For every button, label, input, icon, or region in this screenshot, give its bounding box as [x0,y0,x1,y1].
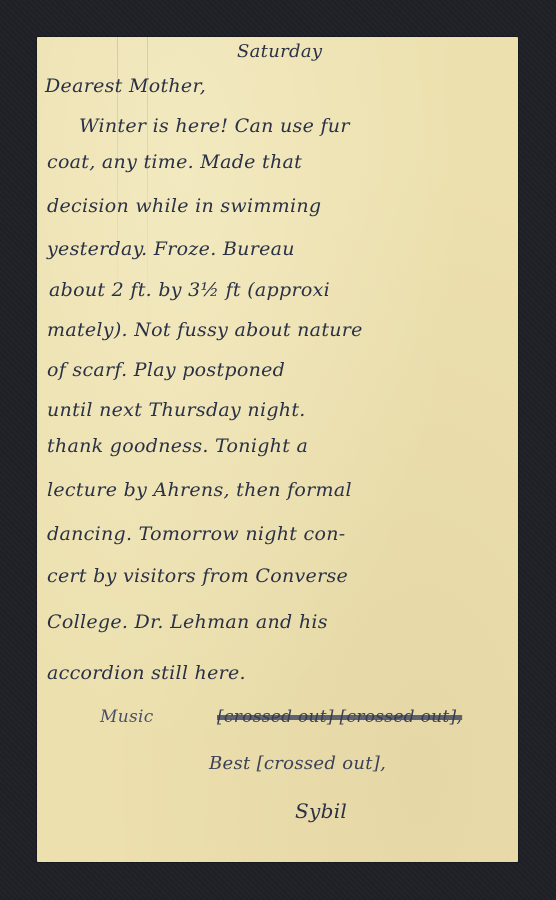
signature: Sybil [295,801,347,821]
closing: Best [crossed out], [209,755,386,773]
postcard: Saturday Dearest Mother, Winter is here!… [37,37,518,862]
body-line: of scarf. Play postponed [47,361,285,380]
body-line: cert by visitors from Converse [47,567,348,586]
body-line: accordion still here. [47,664,246,683]
postscript-crossed-out: [crossed out] [crossed out], [217,709,462,726]
salutation: Dearest Mother, [45,77,206,96]
body-line: decision while in swimming [47,197,321,216]
body-line: coat, any time. Made that [47,153,302,172]
body-line: yesterday. Froze. Bureau [47,240,295,259]
body-line: dancing. Tomorrow night con- [47,525,345,544]
postscript-text: Music [100,709,154,726]
body-line: thank goodness. Tonight a [47,437,308,456]
body-line: until next Thursday night. [47,401,306,420]
body-line: about 2 ft. by 3½ ft (approxi [49,281,330,300]
body-line: College. Dr. Lehman and his [47,613,328,632]
body-line: Winter is here! Can use fur [79,117,350,136]
body-line: lecture by Ahrens, then formal [47,481,352,500]
date-heading: Saturday [237,43,322,61]
body-line: mately). Not fussy about nature [47,321,363,340]
